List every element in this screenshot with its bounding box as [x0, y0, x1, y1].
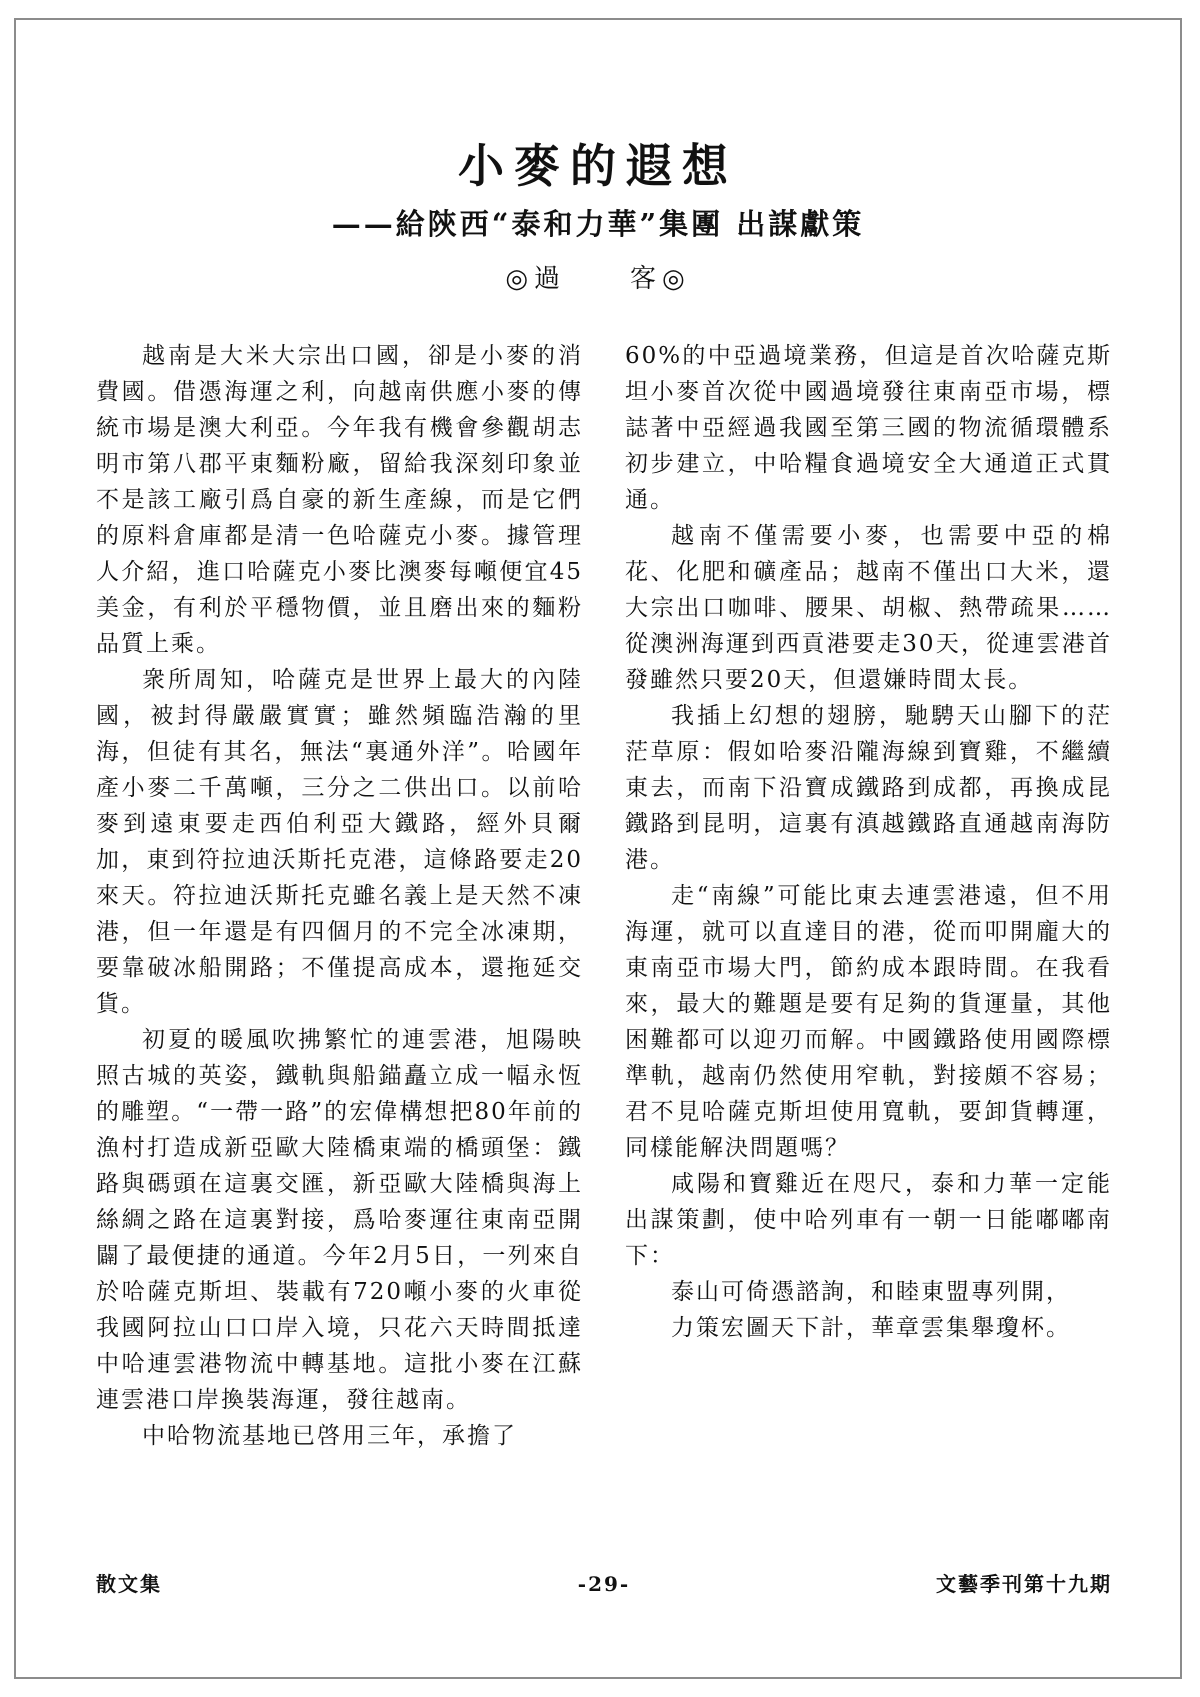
paragraph: 咸陽和寶雞近在咫尺，泰和力華一定能出謀策劃，使中哈列車有一朝一日能嘟嘟南下：	[625, 1166, 1112, 1274]
paragraph: 衆所周知，哈薩克是世界上最大的內陸國，被封得嚴嚴實實；雖然頻臨浩瀚的里海，但徒有…	[96, 662, 583, 1022]
page-title: 小麥的遐想	[16, 130, 1180, 196]
paragraph: 初夏的暖風吹拂繁忙的連雲港，旭陽映照古城的英姿，鐵軌與船錨矗立成一幅永恆的雕塑。…	[96, 1022, 583, 1418]
paragraph: 越南不僅需要小麥，也需要中亞的棉花、化肥和礦產品；越南不僅出口大米，還大宗出口咖…	[625, 518, 1112, 698]
document-page: 小麥的遐想 ——給陝西“泰和力華”集團 出謀獻策 ◎過 客◎ 越南是大米大宗出口…	[14, 18, 1182, 1679]
paragraph: 越南是大米大宗出口國，卻是小麥的消費國。借憑海運之利，向越南供應小麥的傳統市場是…	[96, 338, 583, 662]
verse-line: 泰山可倚憑諮詢，和睦東盟專列開，	[625, 1274, 1112, 1310]
author-byline: ◎過 客◎	[16, 258, 1180, 295]
verse-line: 力策宏圖天下計，華章雲集舉瓊杯。	[625, 1310, 1112, 1346]
page-subtitle: ——給陝西“泰和力華”集團 出謀獻策	[16, 202, 1180, 243]
paragraph: 走“南線”可能比東去連雲港遠，但不用海運，就可以直達目的港，從而叩開龐大的東南亞…	[625, 878, 1112, 1166]
paragraph: 60%的中亞過境業務，但這是首次哈薩克斯坦小麥首次從中國過境發往東南亞市場，標誌…	[625, 338, 1112, 518]
paragraph: 中哈物流基地已啓用三年，承擔了	[96, 1418, 583, 1454]
footer-journal-label: 文藝季刊第十九期	[773, 1568, 1112, 1597]
article-body: 越南是大米大宗出口國，卻是小麥的消費國。借憑海運之利，向越南供應小麥的傳統市場是…	[96, 338, 1112, 1454]
footer-page-number: -29-	[435, 1572, 774, 1596]
column-left: 越南是大米大宗出口國，卻是小麥的消費國。借憑海運之利，向越南供應小麥的傳統市場是…	[96, 338, 583, 1454]
paragraph: 我插上幻想的翅膀，馳騁天山腳下的茫茫草原：假如哈麥沿隴海線到寶雞，不繼續東去，而…	[625, 698, 1112, 878]
column-right: 60%的中亞過境業務，但這是首次哈薩克斯坦小麥首次從中國過境發往東南亞市場，標誌…	[625, 338, 1112, 1454]
footer-section-label: 散文集	[96, 1568, 435, 1597]
page-footer: 散文集 -29- 文藝季刊第十九期	[96, 1568, 1112, 1597]
